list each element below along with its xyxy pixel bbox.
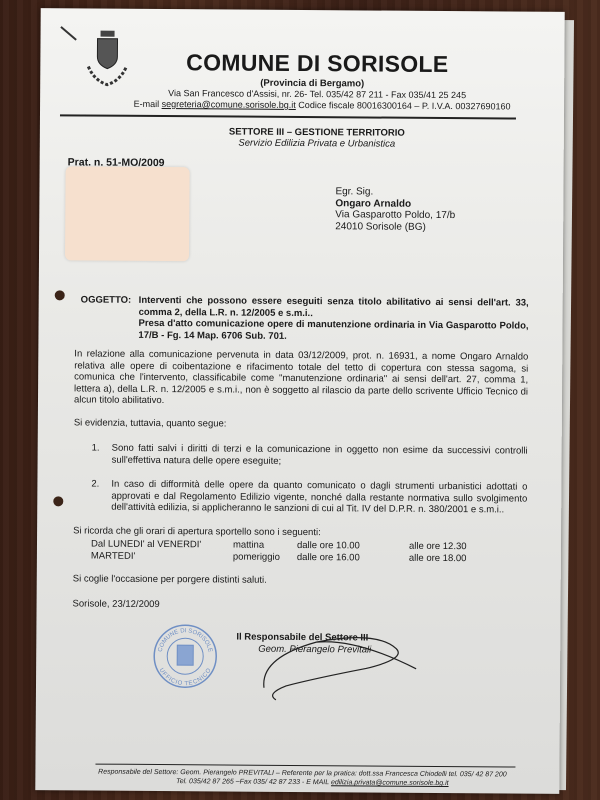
list-text: Sono fatti salvi i diritti di terzi e la… (112, 443, 528, 469)
list-item: 1. Sono fatti salvi i diritti di terzi e… (92, 443, 528, 469)
office-stamp-icon: COMUNE DI SORISOLE UFFICIO TECNICO (152, 623, 218, 689)
punch-hole (55, 290, 65, 300)
hours-intro: Si ricorda che gli orari di apertura spo… (73, 525, 527, 540)
place-date: Sorisole, 23/12/2009 (73, 598, 527, 613)
hours-from: dalle ore 16.00 (297, 551, 409, 563)
hours-to: alle ore 18.00 (409, 552, 467, 564)
list-number: 1. (92, 443, 100, 455)
email-link[interactable]: segreteria@comune.sorisole.bg.it (162, 99, 296, 110)
body-paragraph: Si evidenzia, tuttavia, quanto segue: (74, 417, 528, 432)
municipality-title: COMUNE DI SORISOLE (40, 48, 564, 79)
subject-block: OGGETTO: Interventi che possono essere e… (80, 294, 528, 343)
hours-period: mattina (233, 540, 297, 552)
fiscal-code: Codice fiscale 80016300164 – P. I.V.A. 0… (296, 100, 511, 111)
recipient-city: 24010 Sorisole (BG) (335, 221, 455, 233)
hours-period: pomeriggio (233, 551, 297, 563)
svg-text:UFFICIO TECNICO: UFFICIO TECNICO (158, 667, 213, 687)
recipient-name: Ongaro Arnaldo (335, 198, 455, 210)
redaction-sticker (65, 166, 190, 261)
hours-to: alle ore 12.30 (409, 541, 467, 553)
subject-label: OGGETTO: (81, 294, 132, 306)
handwritten-signature-icon (256, 628, 427, 709)
list-number: 2. (91, 479, 99, 491)
footer-line-2: Tel. 035/42 87 265 –Fax 035/ 42 87 233 -… (35, 777, 559, 788)
subject-line-1: Interventi che possono essere eseguiti s… (139, 295, 529, 321)
subject-line-2: Presa d'atto comunicazione opere di manu… (138, 318, 528, 344)
hours-days: MARTEDI' (91, 550, 233, 562)
footer-rule (95, 764, 515, 768)
body-paragraph: In relazione alla comunicazione pervenut… (74, 348, 528, 409)
footer-contacts: Tel. 035/42 87 265 –Fax 035/ 42 87 233 -… (176, 778, 331, 786)
punch-hole (53, 496, 63, 506)
closing: Si coglie l'occasione per porgere distin… (73, 573, 527, 588)
email-label: E-mail (134, 99, 162, 109)
header-rule (60, 114, 516, 119)
recipient-block: Egr. Sig. Ongaro Arnaldo Via Gasparotto … (335, 186, 455, 233)
footer-email-link[interactable]: edilizia.privata@comune.sorisole.bg.it (331, 779, 449, 787)
hours-from: dalle ore 10.00 (297, 540, 409, 552)
salutation: Egr. Sig. (335, 186, 455, 198)
pen-mark (60, 26, 77, 40)
list-item: 2. In caso di difformità delle opere da … (91, 479, 527, 517)
list-text: In caso di difformità delle opere da qua… (111, 479, 527, 516)
hours-days: Dal LUNEDI' al VENERDI' (91, 539, 233, 551)
hours-row: MARTEDI' pomeriggio dalle ore 16.00 alle… (91, 550, 467, 564)
office-hours-table: Dal LUNEDI' al VENERDI' mattina dalle or… (91, 539, 467, 565)
service: Servizio Edilizia Privata e Urbanistica (40, 136, 564, 151)
document-page: COMUNE DI SORISOLE (Provincia di Bergamo… (35, 8, 564, 794)
recipient-street: Via Gasparotto Poldo, 17/b (335, 209, 455, 221)
